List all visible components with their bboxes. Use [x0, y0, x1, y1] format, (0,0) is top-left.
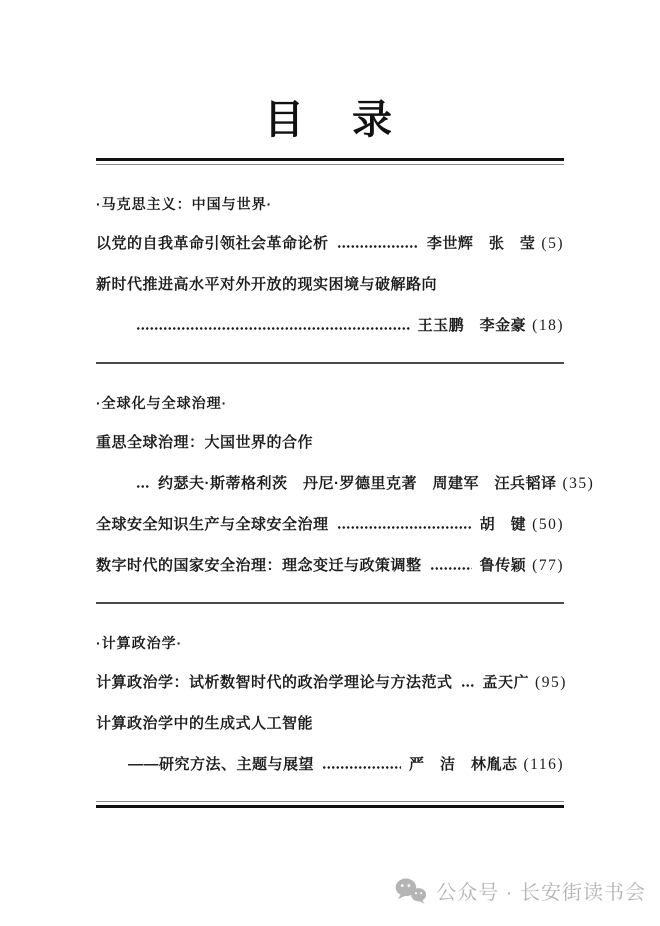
- entry-page-number: (35): [563, 474, 595, 494]
- entry-page-number: (50): [532, 515, 564, 535]
- section-computational-politics: ·计算政治学· 计算政治学：试析数智时代的政治学理论与方法范式 孟天广 (95)…: [96, 633, 564, 775]
- entry-page-number: (77): [532, 556, 564, 576]
- entry-authors: 李世辉 张 莹: [427, 234, 536, 254]
- section-divider: [96, 362, 564, 364]
- entry-page-number: (18): [532, 316, 564, 336]
- entry-authors: 鲁传颖: [480, 556, 527, 576]
- toc-content: 目 录 ·马克思主义：中国与世界· 以党的自我革命引领社会革命论析 李世辉 张 …: [96, 0, 564, 808]
- dot-leader: [430, 556, 472, 576]
- toc-entry: 以党的自我革命引领社会革命论析 李世辉 张 莹 (5): [96, 234, 564, 254]
- section-global-governance: ·全球化与全球治理· 重思全球治理：大国世界的合作 约瑟夫·斯蒂格利茨 丹尼·罗…: [96, 393, 564, 576]
- dot-leader: [136, 316, 410, 336]
- toc-entry: 计算政治学：试析数智时代的政治学理论与方法范式 孟天广 (95): [96, 673, 564, 693]
- entry-title: 计算政治学：试析数智时代的政治学理论与方法范式: [96, 673, 453, 693]
- page-title: 目 录: [96, 0, 564, 144]
- toc-page: 目 录 ·马克思主义：中国与世界· 以党的自我革命引领社会革命论析 李世辉 张 …: [0, 0, 660, 926]
- dot-leader: [461, 673, 475, 693]
- section-header: ·全球化与全球治理·: [96, 393, 564, 413]
- entry-title: 全球安全知识生产与全球安全治理: [96, 515, 329, 535]
- section-header: ·马克思主义：中国与世界·: [96, 194, 564, 214]
- watermark: 公众号 · 长安街读书会: [394, 876, 646, 905]
- entry-page-number: (116): [524, 755, 565, 775]
- toc-entry-continuation: ——研究方法、主题与展望 严 洁 林胤志 (116): [96, 755, 564, 775]
- dot-leader: [322, 755, 401, 775]
- entry-page-number: (95): [535, 673, 567, 693]
- watermark-label: 公众号 · 长安街读书会: [436, 876, 646, 905]
- toc-entry-continuation: 约瑟夫·斯蒂格利茨 丹尼·罗德里克著 周建军 汪兵韬译 (35): [96, 474, 564, 494]
- dot-leader: [136, 474, 150, 494]
- toc-entry: 新时代推进高水平对外开放的现实困境与破解路向: [96, 275, 564, 295]
- entry-authors: 孟天广: [483, 673, 530, 693]
- entry-authors: 胡 键: [480, 515, 527, 535]
- dot-leader: [337, 515, 472, 535]
- entry-page-number: (5): [541, 234, 564, 254]
- section-divider: [96, 602, 564, 604]
- toc-entry: 数字时代的国家安全治理：理念变迁与政策调整 鲁传颖 (77): [96, 556, 564, 576]
- bottom-double-rule: [96, 801, 564, 808]
- entry-subtitle: ——研究方法、主题与展望: [128, 755, 314, 775]
- top-double-rule: [96, 158, 564, 165]
- section-marxism: ·马克思主义：中国与世界· 以党的自我革命引领社会革命论析 李世辉 张 莹 (5…: [96, 194, 564, 336]
- toc-entry: 全球安全知识生产与全球安全治理 胡 键 (50): [96, 515, 564, 535]
- wechat-icon: [394, 877, 427, 905]
- entry-title: 重思全球治理：大国世界的合作: [96, 433, 313, 453]
- dot-leader: [337, 234, 419, 254]
- entry-authors: 约瑟夫·斯蒂格利茨 丹尼·罗德里克著 周建军 汪兵韬译: [158, 474, 557, 494]
- entry-authors: 严 洁 林胤志: [409, 755, 518, 775]
- entry-title: 计算政治学中的生成式人工智能: [96, 714, 313, 734]
- entry-authors: 王玉鹏 李金豪: [418, 316, 527, 336]
- toc-entry: 计算政治学中的生成式人工智能: [96, 714, 564, 734]
- section-header: ·计算政治学·: [96, 633, 564, 653]
- toc-entry-continuation: 王玉鹏 李金豪 (18): [96, 316, 564, 336]
- entry-title: 以党的自我革命引领社会革命论析: [96, 234, 329, 254]
- toc-entry: 重思全球治理：大国世界的合作: [96, 433, 564, 453]
- entry-title: 新时代推进高水平对外开放的现实困境与破解路向: [96, 275, 437, 295]
- entry-title: 数字时代的国家安全治理：理念变迁与政策调整: [96, 556, 422, 576]
